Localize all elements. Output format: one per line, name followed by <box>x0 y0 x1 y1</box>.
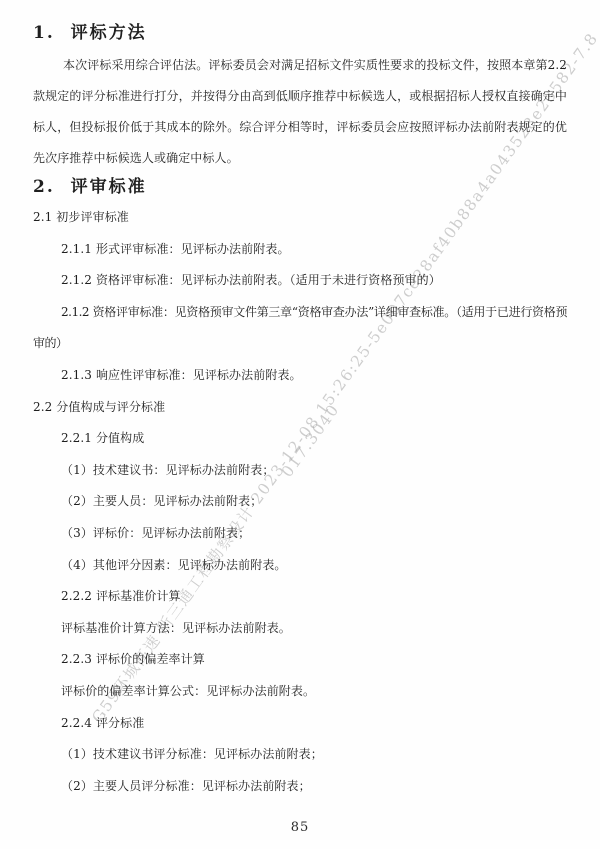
list-item: 2.2.1 分值构成 <box>33 423 567 455</box>
list-item: 2.1 初步评审标准 <box>33 202 567 234</box>
section-1-paragraph: 本次评标采用综合评估法。评标委员会对满足招标文件实质性要求的投标文件，按照本章第… <box>33 50 567 174</box>
list-item: （2）主要人员：见评标办法前附表； <box>33 486 567 518</box>
document-content: 1. 评标方法 本次评标采用综合评估法。评标委员会对满足招标文件实质性要求的投标… <box>0 0 600 802</box>
page-number: 85 <box>0 820 600 835</box>
list-item: 2.1.2 资格评审标准：见评标办法前附表。（适用于未进行资格预审的） <box>33 265 567 297</box>
document-page: G59环城高速 所三通工程勘察设计 2023-12-08 15:26:25-5e… <box>0 0 600 849</box>
list-item: （3）评标价：见评标办法前附表； <box>33 518 567 550</box>
list-item: （2）主要人员评分标准：见评标办法前附表； <box>33 771 567 803</box>
list-item: （4）其他评分因素：见评标办法前附表。 <box>33 550 567 582</box>
section-2-heading: 2. 评审标准 <box>33 176 567 198</box>
list-item: 2.2.4 评分标准 <box>33 708 567 740</box>
list-item: 2.2.2 评标基准价计算 <box>33 581 567 613</box>
list-item: 2.2.3 评标价的偏差率计算 <box>33 644 567 676</box>
list-item: 2.1.3 响应性评审标准：见评标办法前附表。 <box>33 360 567 392</box>
list-item: （1）技术建议书：见评标办法前附表； <box>33 455 567 487</box>
list-item: 评标基准价计算方法：见评标办法前附表。 <box>33 613 567 645</box>
list-item: 2.2 分值构成与评分标准 <box>33 392 567 424</box>
section-1-heading: 1. 评标方法 <box>33 22 567 44</box>
list-item: （1）技术建议书评分标准：见评标办法前附表； <box>33 739 567 771</box>
list-item: 评标价的偏差率计算公式：见评标办法前附表。 <box>33 676 567 708</box>
list-item: 2.1.2 资格评审标准：见资格预审文件第三章“资格审查办法”详细审查标准。（适… <box>33 297 567 360</box>
section-2-list: 2.1 初步评审标准 2.1.1 形式评审标准：见评标办法前附表。 2.1.2 … <box>33 202 567 802</box>
list-item: 2.1.1 形式评审标准：见评标办法前附表。 <box>33 234 567 266</box>
